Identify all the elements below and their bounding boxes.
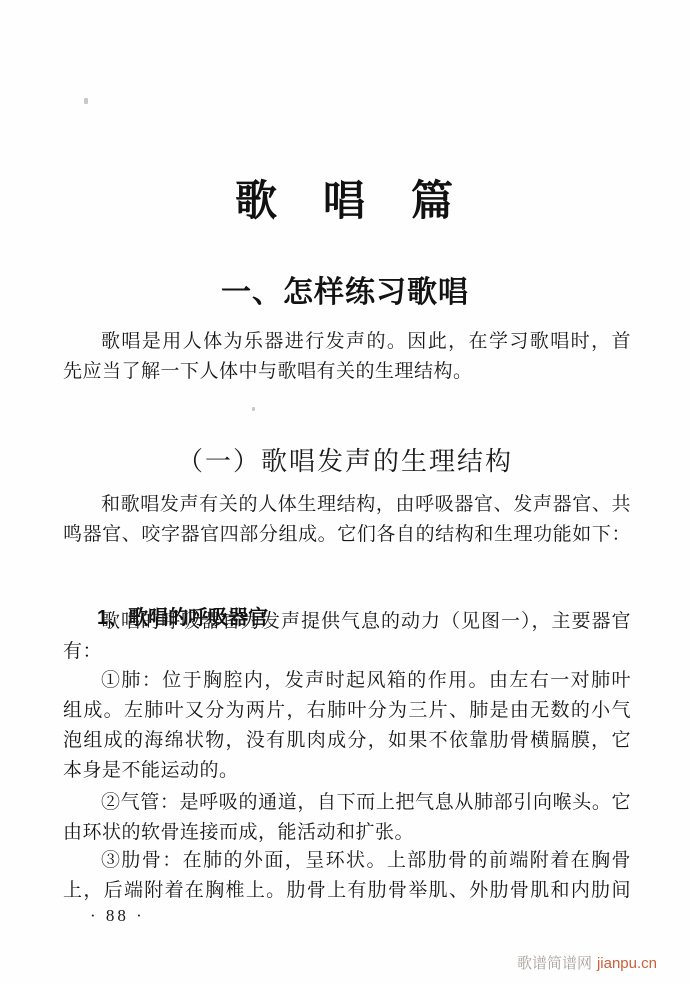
section-title: 一、怎样练习歌唱 <box>0 276 690 310</box>
text-line: 泡组成的海绵状物，没有肌肉成分，如果不依靠肋骨横膈膜，它 <box>63 726 631 756</box>
text-line: 由环状的软骨连接而成，能活动和扩张。 <box>63 818 631 848</box>
page-number: · 88 · <box>90 905 145 927</box>
text-line: ②气管：是呼吸的通道，自下而上把气息从肺部引向喉头。它 <box>63 788 631 818</box>
text-line: ①肺：位于胸腔内，发声时起风箱的作用。由左右一对肺叶 <box>63 666 631 696</box>
scan-speck <box>252 407 255 411</box>
text-line: 有： <box>63 637 631 667</box>
chapter-title: 歌 唱 篇 <box>0 177 690 225</box>
text-line: 先应当了解一下人体中与歌唱有关的生理结构。 <box>63 357 631 387</box>
text-line: 本身是不能运动的。 <box>63 756 631 786</box>
scan-speck <box>84 98 88 104</box>
text-line: 和歌唱发声有关的人体生理结构，由呼吸器官、发声器官、共 <box>63 490 631 520</box>
watermark-site-url: jianpu.cn <box>597 955 657 972</box>
watermark: 歌谱简谱网jianpu.cn <box>517 954 657 974</box>
watermark-site-name: 歌谱简谱网 <box>517 955 592 972</box>
text-line: 歌唱是用人体为乐器进行发声的。因此，在学习歌唱时，首 <box>63 327 631 357</box>
paragraph-item-trachea: ②气管：是呼吸的通道，自下而上把气息从肺部引向喉头。它 由环状的软骨连接而成，能… <box>63 788 631 848</box>
text-line: 鸣器官、咬字器官四部分组成。它们各自的结构和生理功能如下： <box>63 520 631 550</box>
paragraph-overview: 和歌唱发声有关的人体生理结构，由呼吸器官、发声器官、共 鸣器官、咬字器官四部分组… <box>63 490 631 550</box>
text-line: 上，后端附着在胸椎上。肋骨上有肋骨举肌、外肋骨肌和内肋间 <box>63 876 631 906</box>
scanned-book-page: 歌 唱 篇 一、怎样练习歌唱 歌唱是用人体为乐器进行发声的。因此，在学习歌唱时，… <box>0 0 690 984</box>
paragraph-intro: 歌唱是用人体为乐器进行发声的。因此，在学习歌唱时，首 先应当了解一下人体中与歌唱… <box>63 327 631 387</box>
text-line: 组成。左肺叶又分为两片，右肺叶分为三片、肺是由无数的小气 <box>63 696 631 726</box>
paragraph-breathing-intro: 歌唱的呼吸器官为发声提供气息的动力（见图一），主要器官 有： <box>63 607 631 667</box>
subsection-heading: （一）歌唱发声的生理结构 <box>0 446 690 478</box>
text-line: 歌唱的呼吸器官为发声提供气息的动力（见图一），主要器官 <box>63 607 631 637</box>
paragraph-item-lung: ①肺：位于胸腔内，发声时起风箱的作用。由左右一对肺叶 组成。左肺叶又分为两片，右… <box>63 666 631 786</box>
paragraph-item-ribs: ③肋骨：在肺的外面，呈环状。上部肋骨的前端附着在胸骨 上，后端附着在胸椎上。肋骨… <box>63 846 631 906</box>
text-line: ③肋骨：在肺的外面，呈环状。上部肋骨的前端附着在胸骨 <box>63 846 631 876</box>
